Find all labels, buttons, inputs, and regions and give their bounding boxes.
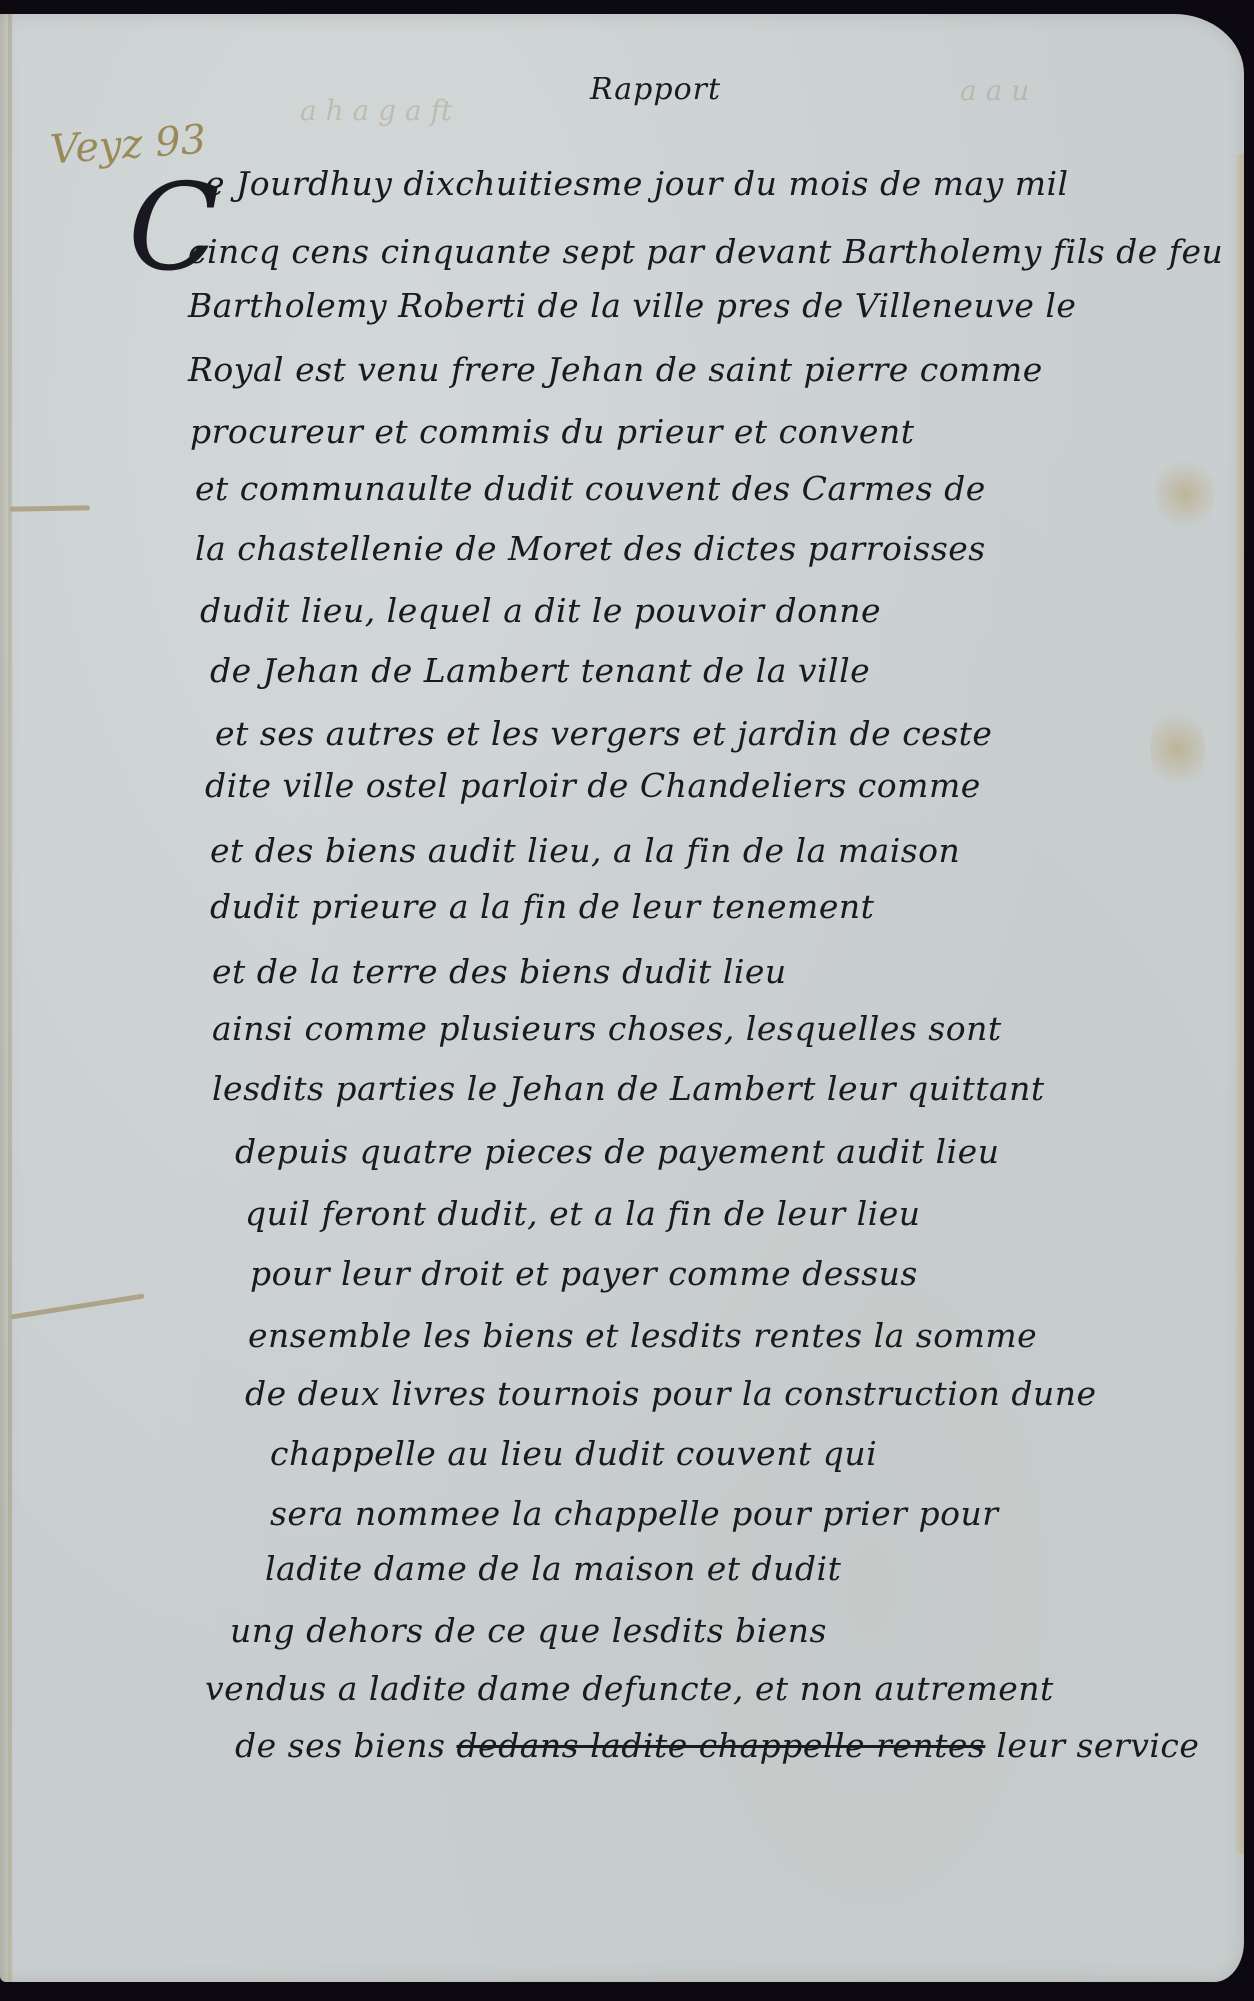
text-line: ainsi comme plusieurs choses, lesquelles… [212,1009,1002,1048]
text-line: ung dehors de ce que lesdits biens [230,1611,827,1650]
text-line: ensemble les biens et lesdits rentes la … [248,1316,1037,1355]
bleed-through-text: a h a g a ft [300,94,452,127]
text-segment: de ses biens [235,1726,445,1765]
document-title: Rapport [590,72,721,107]
left-fold-line [8,14,12,1982]
struck-through-text: dedans ladite chappelle rentes [456,1726,985,1765]
text-line: et communaulte dudit couvent des Carmes … [195,469,986,508]
text-line: et de la terre des biens dudit lieu [212,952,787,991]
paper-stain [1150,704,1205,794]
text-line: ladite dame de la maison et dudit [265,1549,841,1588]
paper-stain [1155,454,1215,534]
text-line: Bartholemy Roberti de la ville pres de V… [188,286,1076,325]
text-line: chappelle au lieu dudit couvent qui [270,1434,877,1473]
text-line: de Jehan de Lambert tenant de la ville [210,651,870,690]
text-line: et des biens audit lieu, a la fin de la … [210,831,960,870]
text-line: dite ville ostel parloir de Chandeliers … [205,766,981,805]
manuscript-page: a h a g a ft a a u Rapport Veyz 93 C e J… [0,14,1244,1982]
text-line: de deux livres tournois pour la construc… [245,1374,1097,1413]
text-line: lesdits parties le Jehan de Lambert leur… [212,1069,1045,1108]
text-line: sera nommee la chappelle pour prier pour [270,1494,998,1533]
text-line: dudit lieu, lequel a dit le pouvoir donn… [200,591,881,630]
bleed-through-text: a a u [960,74,1029,107]
paper-edge [1234,154,1244,1854]
text-line: et ses autres et les vergers et jardin d… [215,714,992,753]
text-line: cincq cens cinquante sept par devant Bar… [188,232,1223,271]
text-line: pour leur droit et payer comme dessus [250,1254,918,1293]
text-line: quil feront dudit, et a la fin de leur l… [245,1194,920,1233]
text-line: vendus a ladite dame defuncte, et non au… [205,1669,1054,1708]
text-segment: leur service [996,1726,1199,1765]
text-line: Royal est venu frere Jehan de saint pier… [188,350,1043,389]
thread-fiber [10,1293,144,1319]
text-line: la chastellenie de Moret des dictes parr… [195,529,986,568]
thread-fiber [10,505,90,511]
text-line-last: de ses biens dedans ladite chappelle ren… [235,1726,1199,1765]
text-line: e Jourdhuy dixchuitiesme jour du mois de… [205,164,1069,203]
text-line: dudit prieure a la fin de leur tenement [210,887,874,926]
text-line: procureur et commis du prieur et convent [190,412,914,451]
text-line: depuis quatre pieces de payement audit l… [235,1132,999,1171]
